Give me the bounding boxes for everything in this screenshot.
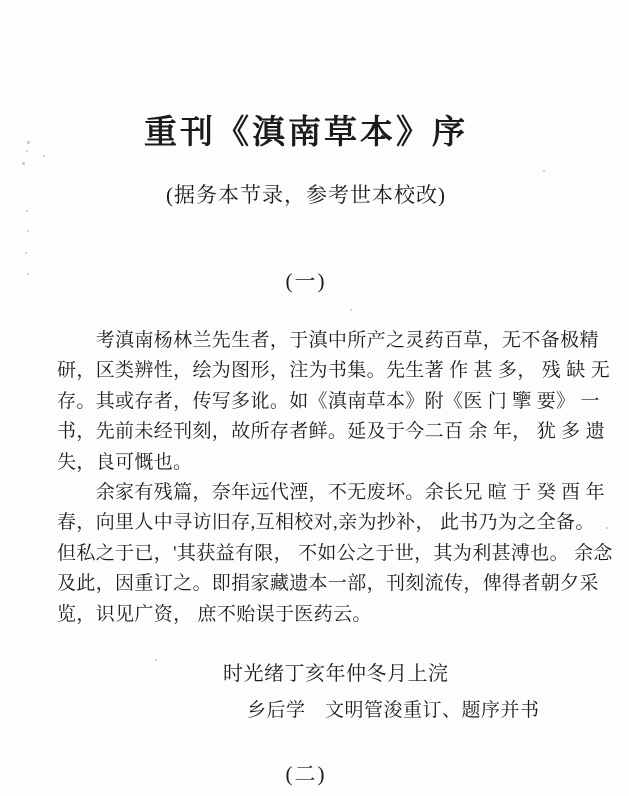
body-line: 失，良可慨也。 [57,448,613,478]
section-one-marker: (一) [0,267,612,296]
scan-speck [27,273,29,275]
body-line: 览，识见广资， 庶不贻误于医药云。 [57,600,613,630]
scanned-document-page: 重刊《滇南草本》序 (据务本节录，参考世本校改) (一) 考滇南杨林兰先生者，于… [0,0,629,796]
scan-speck [543,170,545,172]
body-line: 存。其或存者，传写多讹。如《滇南草本》附《医 门 擥 要》 一 [57,387,613,417]
scan-speck [25,252,27,254]
scan-speck [350,309,352,311]
scan-speck [27,230,29,232]
scan-speck [43,155,45,157]
scan-speck [26,150,28,152]
body-line: 及此，因重订之。即捐家藏遗本一部，刊刻流传，俾得者朝夕采 [57,569,613,599]
section-two-marker: (二) [0,760,612,789]
body-text-block: 考滇南杨林兰先生者，于滇中所产之灵药百草，无不备极精 研，区类辨性，绘为图形，注… [57,326,613,630]
body-line: 余家有残篇，奈年远代湮，不无废坏。余长兄 暄 于 癸 酉 年 [57,478,613,508]
scan-speck [606,527,608,529]
body-line: 考滇南杨林兰先生者，于滇中所产之灵药百草，无不备极精 [57,326,613,356]
body-line: 研，区类辨性，绘为图形，注为书集。先生著 作 甚 多， 残 缺 无 [57,356,613,386]
scan-speck [22,162,25,165]
scan-speck [26,210,28,212]
subtitle-note: (据务本节录，参考世本校改) [0,181,612,210]
colophon-author-line: 乡后学 文明管浚重订、题序并书 [247,695,540,722]
page-title: 重刊《滇南草本》序 [0,112,612,155]
body-line: 春，向里人中寻访旧存,互相校对,亲为抄补， 此书乃为之全备。 [57,508,613,538]
scan-speck [27,141,30,144]
body-line: 书，先前未经刊刻，故所存者鲜。延及于今二百 余 年， 犹 多 遗 [57,417,613,447]
colophon-date-line: 时光绪丁亥年仲冬月上浣 [223,657,449,686]
body-line: 但私之于已，'其获益有限， 不如公之于世，其为利甚溥也。 余念 [57,539,613,569]
scan-speck [155,659,157,661]
